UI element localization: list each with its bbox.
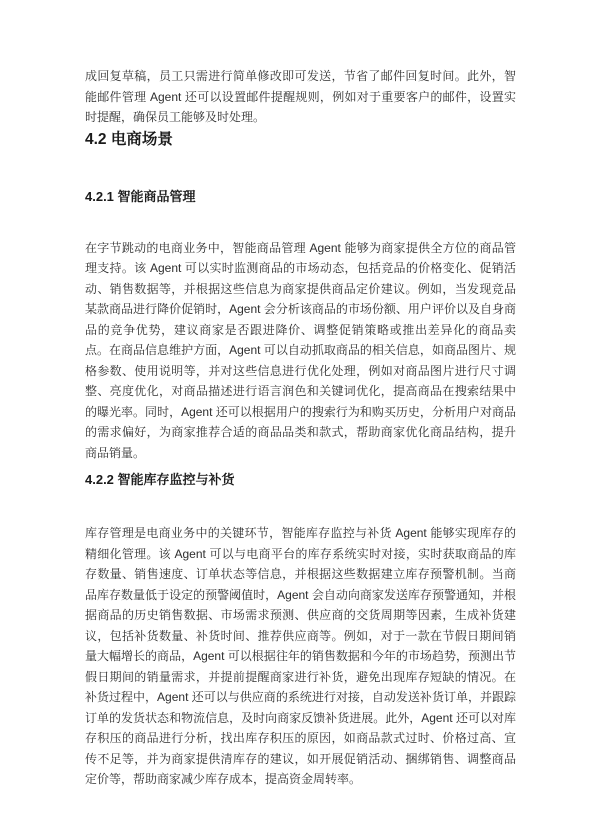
section-heading-4-2: 4.2 电商场景 xyxy=(85,130,516,150)
subsection-4-2-2-paragraph: 库存管理是电商业务中的关键环节，智能库存监控与补货 Agent 能够实现库存的精… xyxy=(85,523,516,790)
subsection-heading-4-2-2: 4.2.2 智能库存监控与补货 xyxy=(85,471,516,489)
subsection-heading-4-2-1: 4.2.1 智能商品管理 xyxy=(85,188,516,206)
subsection-4-2-1-paragraph: 在字节跳动的电商业务中，智能商品管理 Agent 能够为商家提供全方位的商品管理… xyxy=(85,238,516,464)
continuation-paragraph: 成回复草稿，员工只需进行简单修改即可发送，节省了邮件回复时间。此外，智能邮件管理… xyxy=(85,66,516,128)
document-page: 成回复草稿，员工只需进行简单修改即可发送，节省了邮件回复时间。此外，智能邮件管理… xyxy=(0,0,600,828)
